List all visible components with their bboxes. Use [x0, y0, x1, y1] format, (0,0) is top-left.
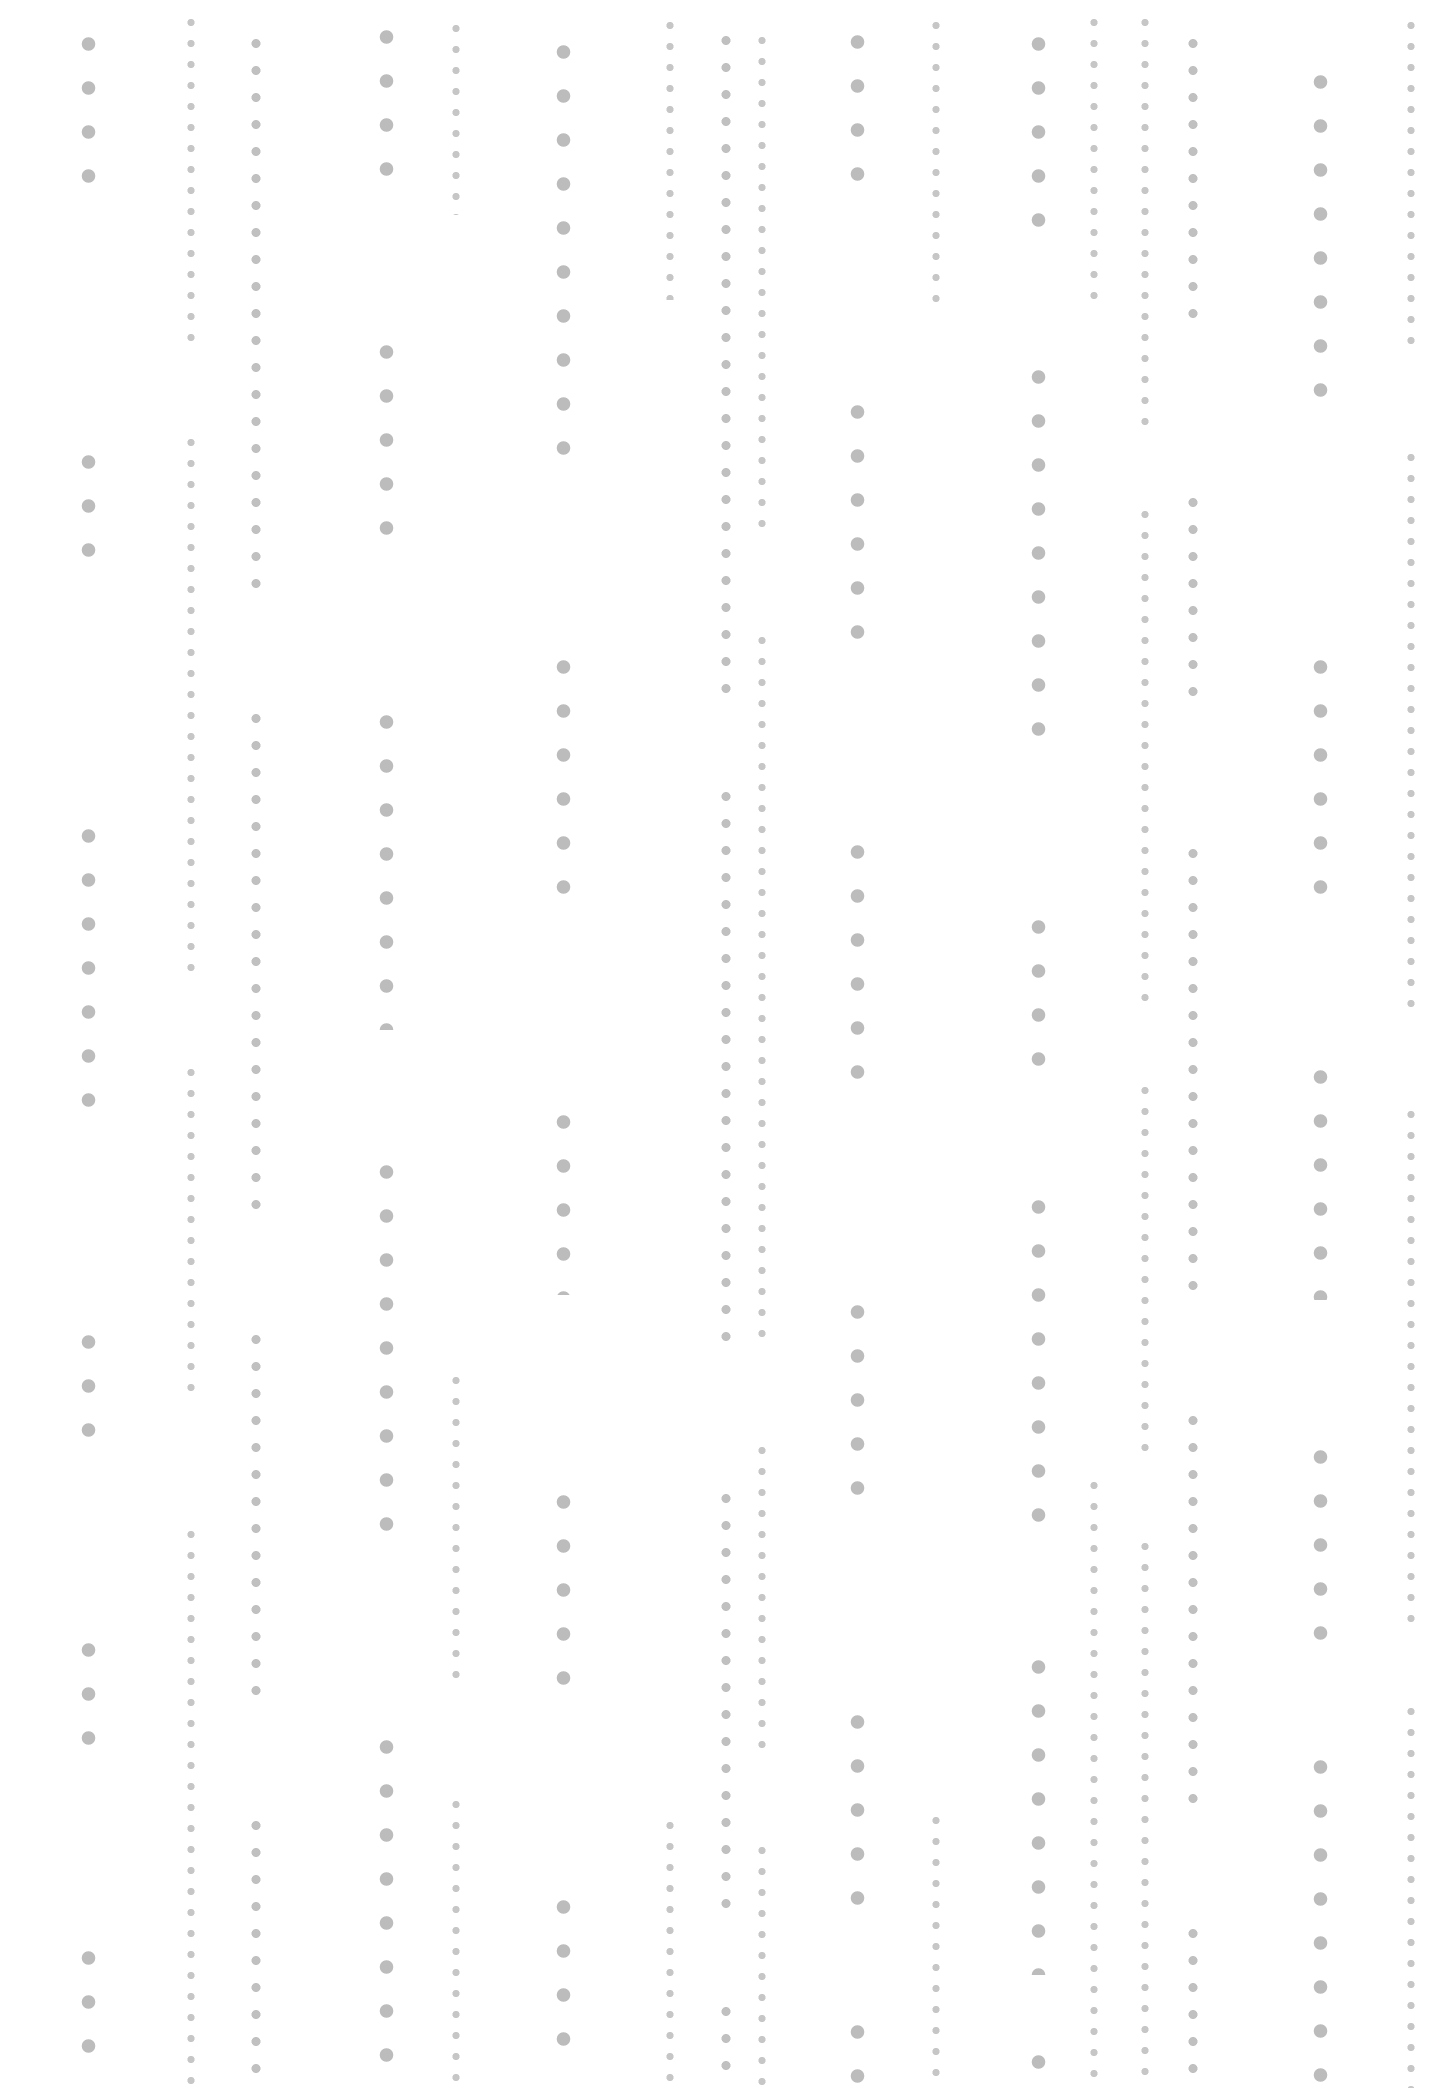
- afterword-text: [0, 0, 1440, 2100]
- book-page: [0, 0, 1440, 2100]
